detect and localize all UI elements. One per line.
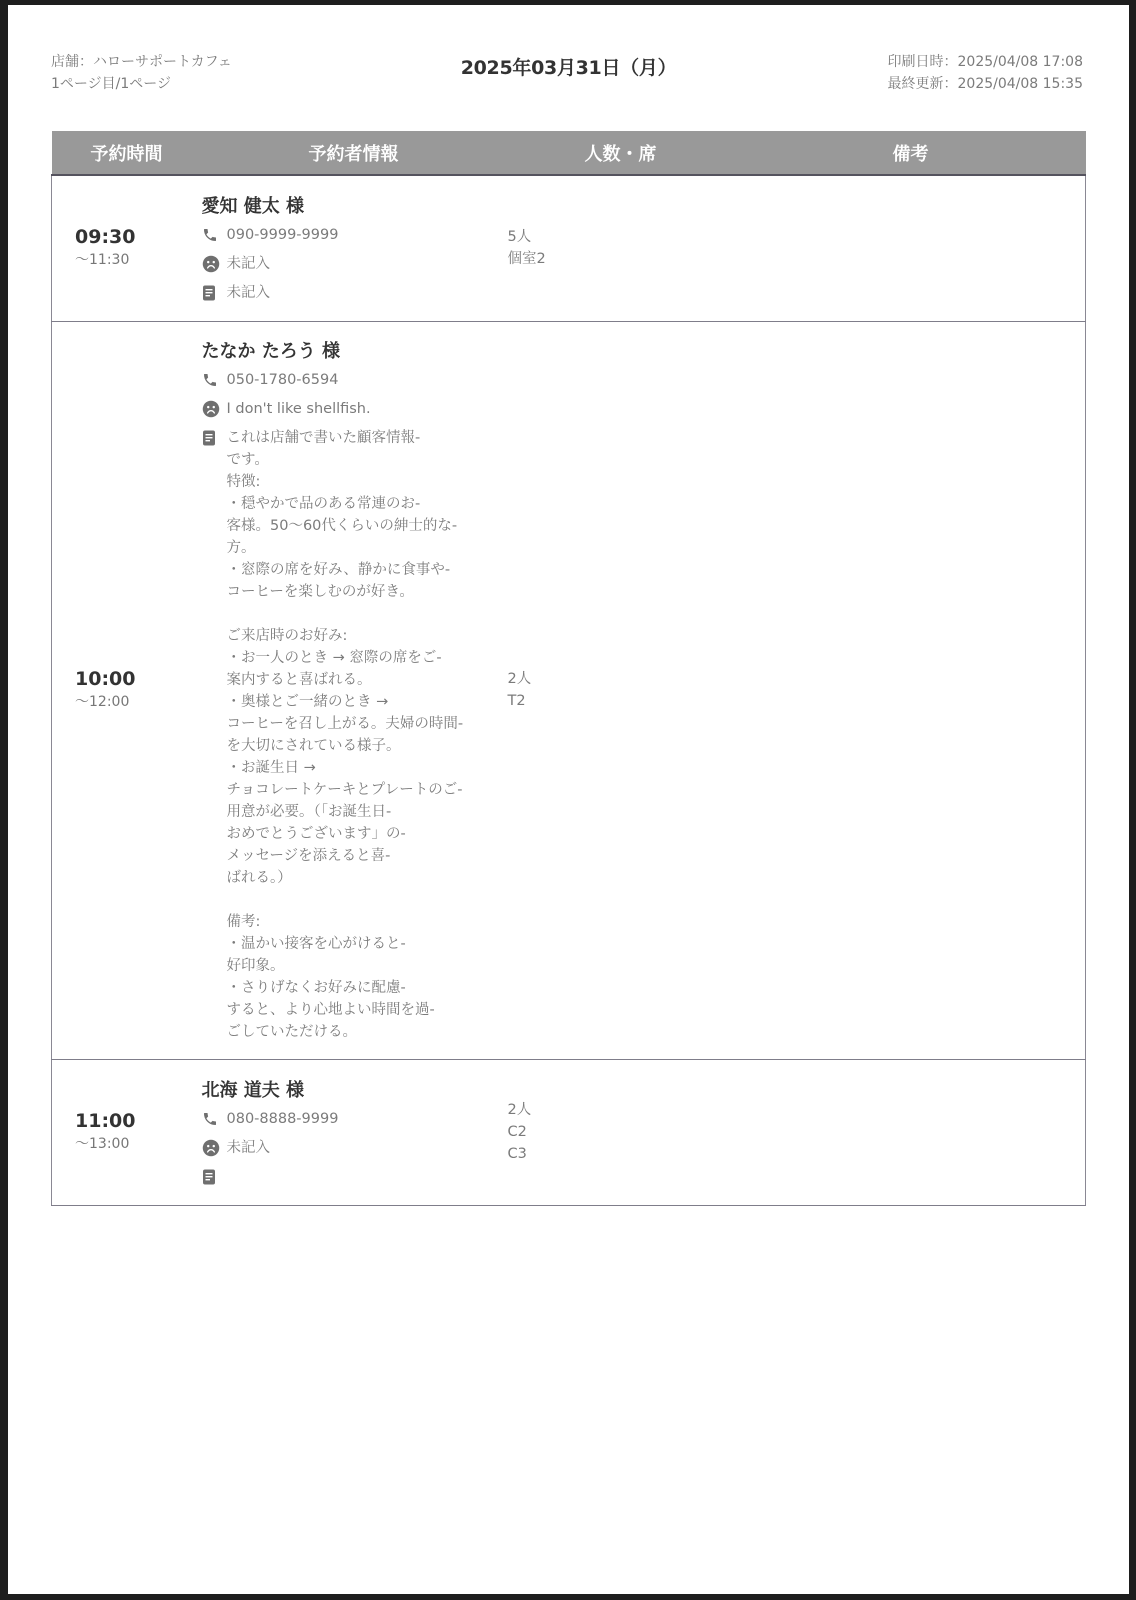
sad-face-icon — [202, 1137, 220, 1159]
guest-info-cell: 北海 道夫 様 080-8888-9999 未記入 — [202, 1059, 506, 1205]
printed-at: 印刷日時：2025/04/08 17:08 — [888, 51, 1084, 73]
allergy-text: 未記入 — [227, 253, 271, 275]
col-header-party-seat: 人数・席 — [506, 131, 736, 175]
phone-icon — [202, 369, 220, 391]
phone-line: 090-9999-9999 — [202, 224, 506, 246]
party-size: 5人 — [506, 226, 736, 248]
memo-icon — [202, 1166, 220, 1188]
phone-line: 050-1780-6594 — [202, 369, 506, 391]
time-cell: 10:00 〜12:00 — [52, 321, 202, 1059]
table-row: 10:00 〜12:00 たなか たろう 様 050-1780-6594 — [52, 321, 1086, 1059]
start-time: 11:00 — [52, 1109, 202, 1133]
phone-number: 050-1780-6594 — [227, 369, 339, 391]
seat-name: C2 — [506, 1121, 736, 1143]
remarks-cell — [736, 175, 1086, 321]
allergy-text: 未記入 — [227, 1137, 271, 1159]
party-seat-cell: 2人 T2 — [506, 321, 736, 1059]
remarks-cell — [736, 1059, 1086, 1205]
header-right: 印刷日時：2025/04/08 17:08 最終更新：2025/04/08 15… — [888, 51, 1084, 95]
seat-name: T2 — [506, 690, 736, 712]
start-time: 09:30 — [52, 225, 202, 249]
memo-text: これは店舗で書いた顧客情報- です。 特徴: ・穏やかで品のある常連のお- 客様… — [227, 427, 477, 1043]
col-header-remarks: 備考 — [736, 131, 1086, 175]
end-time: 〜12:00 — [52, 691, 202, 713]
party-size: 2人 — [506, 668, 736, 690]
memo-line — [202, 1166, 506, 1188]
table-row: 11:00 〜13:00 北海 道夫 様 080-8888-9999 — [52, 1059, 1086, 1205]
updated-at: 最終更新：2025/04/08 15:35 — [888, 73, 1084, 95]
allergy-line: 未記入 — [202, 253, 506, 275]
party-size: 2人 — [506, 1099, 736, 1121]
start-time: 10:00 — [52, 667, 202, 691]
reservation-table: 予約時間 予約者情報 人数・席 備考 09:30 〜11:30 愛知 健太 様 — [51, 131, 1086, 1206]
col-header-time: 予約時間 — [52, 131, 202, 175]
guest-info-cell: 愛知 健太 様 090-9999-9999 未記入 — [202, 175, 506, 321]
time-cell: 11:00 〜13:00 — [52, 1059, 202, 1205]
memo-icon — [202, 282, 220, 304]
time-cell: 09:30 〜11:30 — [52, 175, 202, 321]
sad-face-icon — [202, 398, 220, 420]
sad-face-icon — [202, 253, 220, 275]
guest-name: たなか たろう 様 — [202, 339, 506, 365]
phone-icon — [202, 224, 220, 246]
table-row: 09:30 〜11:30 愛知 健太 様 090-9999-9999 — [52, 175, 1086, 321]
guest-info-cell: たなか たろう 様 050-1780-6594 I don't like sh — [202, 321, 506, 1059]
remarks-cell — [736, 321, 1086, 1059]
phone-icon — [202, 1108, 220, 1130]
allergy-line: I don't like shellfish. — [202, 398, 506, 420]
memo-icon — [202, 427, 220, 449]
seat-name: 個室2 — [506, 248, 736, 270]
end-time: 〜13:00 — [52, 1133, 202, 1155]
phone-line: 080-8888-9999 — [202, 1108, 506, 1130]
memo-line: 未記入 — [202, 282, 506, 304]
phone-number: 080-8888-9999 — [227, 1108, 339, 1130]
guest-name: 愛知 健太 様 — [202, 194, 506, 220]
memo-text: 未記入 — [227, 282, 477, 304]
print-page: 店舗：ハローサポートカフェ 1ページ目/1ページ 2025年03月31日（月） … — [8, 5, 1129, 1594]
party-seat-cell: 5人 個室2 — [506, 175, 736, 321]
seat-name: C3 — [506, 1143, 736, 1165]
table-header-row: 予約時間 予約者情報 人数・席 備考 — [52, 131, 1086, 175]
party-seat-cell: 2人 C2 C3 — [506, 1059, 736, 1205]
allergy-line: 未記入 — [202, 1137, 506, 1159]
allergy-text: I don't like shellfish. — [227, 398, 371, 420]
guest-name: 北海 道夫 様 — [202, 1078, 506, 1104]
end-time: 〜11:30 — [52, 249, 202, 271]
phone-number: 090-9999-9999 — [227, 224, 339, 246]
col-header-guest: 予約者情報 — [202, 131, 506, 175]
memo-line: これは店舗で書いた顧客情報- です。 特徴: ・穏やかで品のある常連のお- 客様… — [202, 427, 506, 1043]
